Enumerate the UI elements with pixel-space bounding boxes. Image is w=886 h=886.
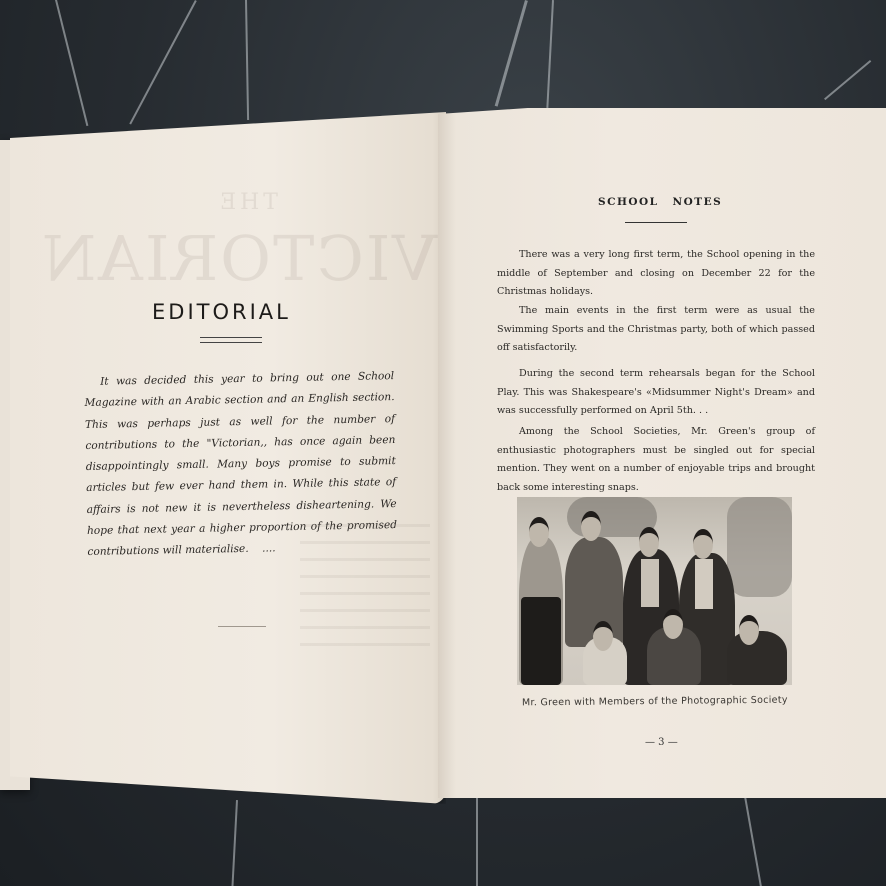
person-head — [639, 527, 659, 557]
person-figure — [521, 597, 561, 685]
person-head — [593, 621, 613, 651]
heading-rule — [625, 222, 687, 223]
person-head — [663, 609, 683, 639]
marble-vein — [245, 0, 249, 120]
marble-vein — [55, 0, 88, 126]
person-head — [739, 615, 759, 645]
heading-rule — [200, 337, 262, 343]
marble-vein — [476, 790, 478, 886]
notes-paragraph: The main events in the first term were a… — [497, 302, 815, 358]
show-through-title: THE — [216, 190, 278, 215]
heading-word: NOTES — [673, 196, 723, 208]
show-through-masthead: VICTORIAN — [40, 222, 437, 295]
heading-word: SCHOOL — [598, 196, 659, 208]
group-photograph — [517, 497, 792, 685]
marble-vein — [231, 800, 237, 886]
school-notes-heading: SCHOOLNOTES — [598, 196, 722, 208]
marble-vein — [546, 0, 553, 108]
person-head — [529, 517, 549, 547]
page-number: — 3 — — [645, 737, 678, 748]
marble-vein — [129, 0, 196, 124]
trailing-dots: .... — [262, 543, 276, 555]
marble-vein — [495, 0, 528, 107]
person-head — [581, 511, 601, 541]
editorial-heading: EDITORIAL — [152, 300, 291, 324]
show-through-text — [300, 510, 430, 650]
marble-vein — [824, 60, 871, 100]
marble-vein — [742, 785, 762, 886]
faint-rule — [218, 626, 266, 627]
notes-paragraph: Among the School Societies, Mr. Green's … — [497, 423, 815, 497]
notes-paragraph: During the second term rehearsals began … — [497, 365, 815, 421]
person-figure — [727, 631, 787, 685]
person-head — [693, 529, 713, 559]
notes-paragraph: There was a very long first term, the Sc… — [497, 246, 815, 302]
